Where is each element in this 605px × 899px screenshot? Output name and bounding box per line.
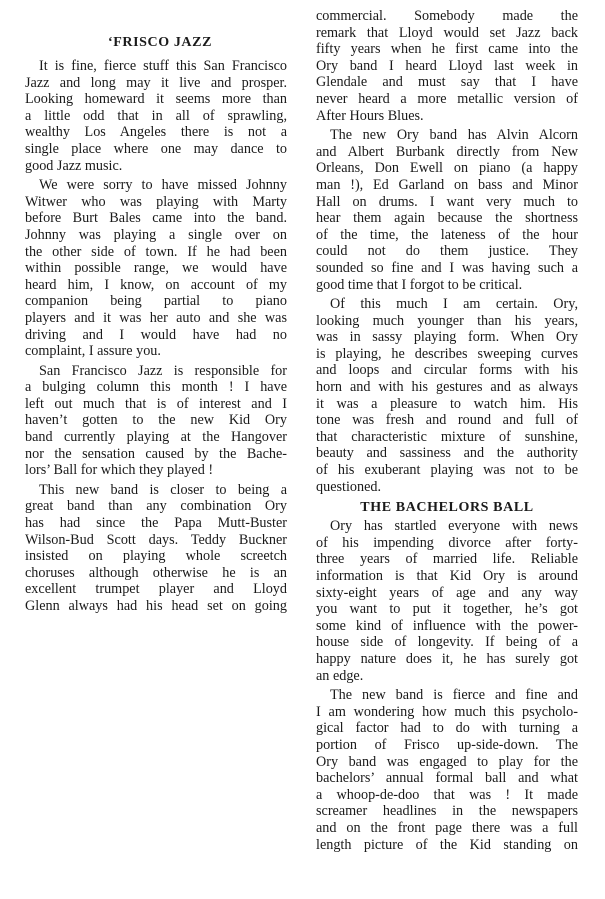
text-line: house side of longevity. If being of a xyxy=(316,634,578,651)
paragraph: Ory has startled everyone with news of h… xyxy=(316,518,578,684)
text-line: good time that I forgot to be critical. xyxy=(316,277,578,294)
text-line: complaint, I assure you. xyxy=(25,343,287,360)
text-line: and on the front page there was a full xyxy=(316,820,578,837)
text-line: the other side of town. If he had been xyxy=(25,244,287,261)
text-line: players and it was her auto and she was xyxy=(25,310,287,327)
text-line: beauty and sassiness and the authority xyxy=(316,445,578,462)
text-line: Glendale and must say that I have xyxy=(316,74,578,91)
text-line: of his exuberant playing was not to be xyxy=(316,462,578,479)
text-line: looking much younger than his years, xyxy=(316,313,578,330)
text-line: insisted on playing whole screetch xyxy=(25,548,287,565)
section-heading-bachelors-ball: THE BACHELORS BALL xyxy=(316,498,578,517)
text-line: before Burt Bales came into the band. xyxy=(25,210,287,227)
text-line: haven’t gotten to the new Kid Ory xyxy=(25,412,287,429)
text-line: great band than any combination Ory xyxy=(25,498,287,515)
text-line: information is that Kid Ory is around xyxy=(316,568,578,585)
text-line: within possible range, we would have xyxy=(25,260,287,277)
text-line: could not do them justice. They xyxy=(316,243,578,260)
text-line: single place where one may dance to xyxy=(25,141,287,158)
paragraph: San Francisco Jazz is responsible for a … xyxy=(25,363,287,479)
text-line: Jazz and long may it live and prosper. xyxy=(25,75,287,92)
text-line: left out much that is of interest and I xyxy=(25,396,287,413)
text-line: Ory has startled everyone with news xyxy=(316,518,578,535)
text-line: it was a pleasure to watch him. His xyxy=(316,396,578,413)
paragraph: We were sorry to have missed Johnny Witw… xyxy=(25,177,287,360)
text-line: excellent trumpet player and Lloyd xyxy=(25,581,287,598)
paragraph: Of this much I am certain. Ory, looking … xyxy=(316,296,578,495)
text-line: horn and with his gestures and as always xyxy=(316,379,578,396)
text-line: This new band is closer to being a xyxy=(25,482,287,499)
text-line: The new band is fierce and fine and xyxy=(316,687,578,704)
text-line: gical factor had to do with turning a xyxy=(316,720,578,737)
text-line: band currently playing at the Hangover xyxy=(25,429,287,446)
text-line: tone was fresh and round and full of xyxy=(316,412,578,429)
text-line: Ory band was engaged to play for the xyxy=(316,754,578,771)
paragraph: This new band is closer to being a great… xyxy=(25,482,287,615)
text-line: nor the sensation caused by the Bache- xyxy=(25,446,287,463)
text-line: Ory band I heard Lloyd last week in xyxy=(316,58,578,75)
text-line: a little odd that in all of sprawling, xyxy=(25,108,287,125)
text-line: portion of Frisco up-side-down. The xyxy=(316,737,578,754)
text-line: happy nature does it, he has surely got xyxy=(316,651,578,668)
text-line: Orleans, Don Ewell on piano (a happy xyxy=(316,160,578,177)
text-line: wealthy Los Angeles there is not a xyxy=(25,124,287,141)
text-line: you want to put it together, he’s got xyxy=(316,601,578,618)
text-line: San Francisco Jazz is responsible for xyxy=(25,363,287,380)
text-line: screamer headlines in the newspapers xyxy=(316,803,578,820)
text-line: sixty-eight years of age and any way xyxy=(316,585,578,602)
text-line: a bulging column this month ! I have xyxy=(25,379,287,396)
text-line: of his impending divorce after forty- xyxy=(316,535,578,552)
text-line: some kind of influence with the power- xyxy=(316,618,578,635)
text-line: lors’ Ball for which they played ! xyxy=(25,462,287,479)
text-line: It is fine, fierce stuff this San Franci… xyxy=(25,58,287,75)
text-line: man !), Ed Garland on bass and Minor xyxy=(316,177,578,194)
text-line: was in sassy playing form. When Ory xyxy=(316,329,578,346)
text-line: a whoop-de-doo that was ! It made xyxy=(316,787,578,804)
text-line: bachelors’ annual formal ball and what xyxy=(316,770,578,787)
text-line: questioned. xyxy=(316,479,578,496)
text-line: and loops and circular forms with his xyxy=(316,362,578,379)
paragraph: The new Ory band has Alvin Alcorn and Al… xyxy=(316,127,578,293)
text-line: hear them again because the shortness xyxy=(316,210,578,227)
text-line: Looking homeward it seems more than xyxy=(25,91,287,108)
text-line: Of this much I am certain. Ory, xyxy=(316,296,578,313)
text-line: good Jazz music. xyxy=(25,158,287,175)
text-line: never heard a more metallic version of xyxy=(316,91,578,108)
right-column: commercial. Somebody made the remark tha… xyxy=(316,8,578,856)
text-line: sounded so fine and I was having such a xyxy=(316,260,578,277)
text-line: commercial. Somebody made the xyxy=(316,8,578,25)
text-line: companion being partial to piano xyxy=(25,293,287,310)
paragraph-continued: commercial. Somebody made the remark tha… xyxy=(316,8,578,124)
paragraph: It is fine, fierce stuff this San Franci… xyxy=(25,58,287,174)
text-line: remark that Lloyd would set Jazz back xyxy=(316,25,578,42)
text-line: After Hours Blues. xyxy=(316,108,578,125)
text-line: an edge. xyxy=(316,668,578,685)
text-line: and Albert Burbank directly from New xyxy=(316,144,578,161)
text-line: has had since the Papa Mutt-Buster xyxy=(25,515,287,532)
text-line: three years of married life. Reliable xyxy=(316,551,578,568)
text-line: driving and I would have had no xyxy=(25,327,287,344)
left-column: ‘FRISCO JAZZ It is fine, fierce stuff th… xyxy=(25,33,287,618)
text-line: choruses although otherwise he is an xyxy=(25,565,287,582)
text-line: Witwer who was playing with Marty xyxy=(25,194,287,211)
text-line: We were sorry to have missed Johnny xyxy=(25,177,287,194)
text-line: length picture of the Kid standing on xyxy=(316,837,578,854)
paragraph: The new band is fierce and fine and I am… xyxy=(316,687,578,853)
document-page: ‘FRISCO JAZZ It is fine, fierce stuff th… xyxy=(0,0,605,899)
text-line: Glenn always had his head set on going xyxy=(25,598,287,615)
text-line: is playing, he describes sweeping curves xyxy=(316,346,578,363)
text-line: fifty years when he first came into the xyxy=(316,41,578,58)
text-line: of the time, the lateness of the hour xyxy=(316,227,578,244)
text-line: The new Ory band has Alvin Alcorn xyxy=(316,127,578,144)
text-line: I am wondering how much this psycholo- xyxy=(316,704,578,721)
text-line: Wilson-Bud Scott days. Teddy Buckner xyxy=(25,532,287,549)
text-line: that characteristic mixture of sunshine, xyxy=(316,429,578,446)
text-line: Hall on drums. I want very much to xyxy=(316,194,578,211)
text-line: Johnny was playing a single over on xyxy=(25,227,287,244)
section-heading-frisco-jazz: ‘FRISCO JAZZ xyxy=(25,33,287,52)
text-line: heard him, I know, on account of my xyxy=(25,277,287,294)
